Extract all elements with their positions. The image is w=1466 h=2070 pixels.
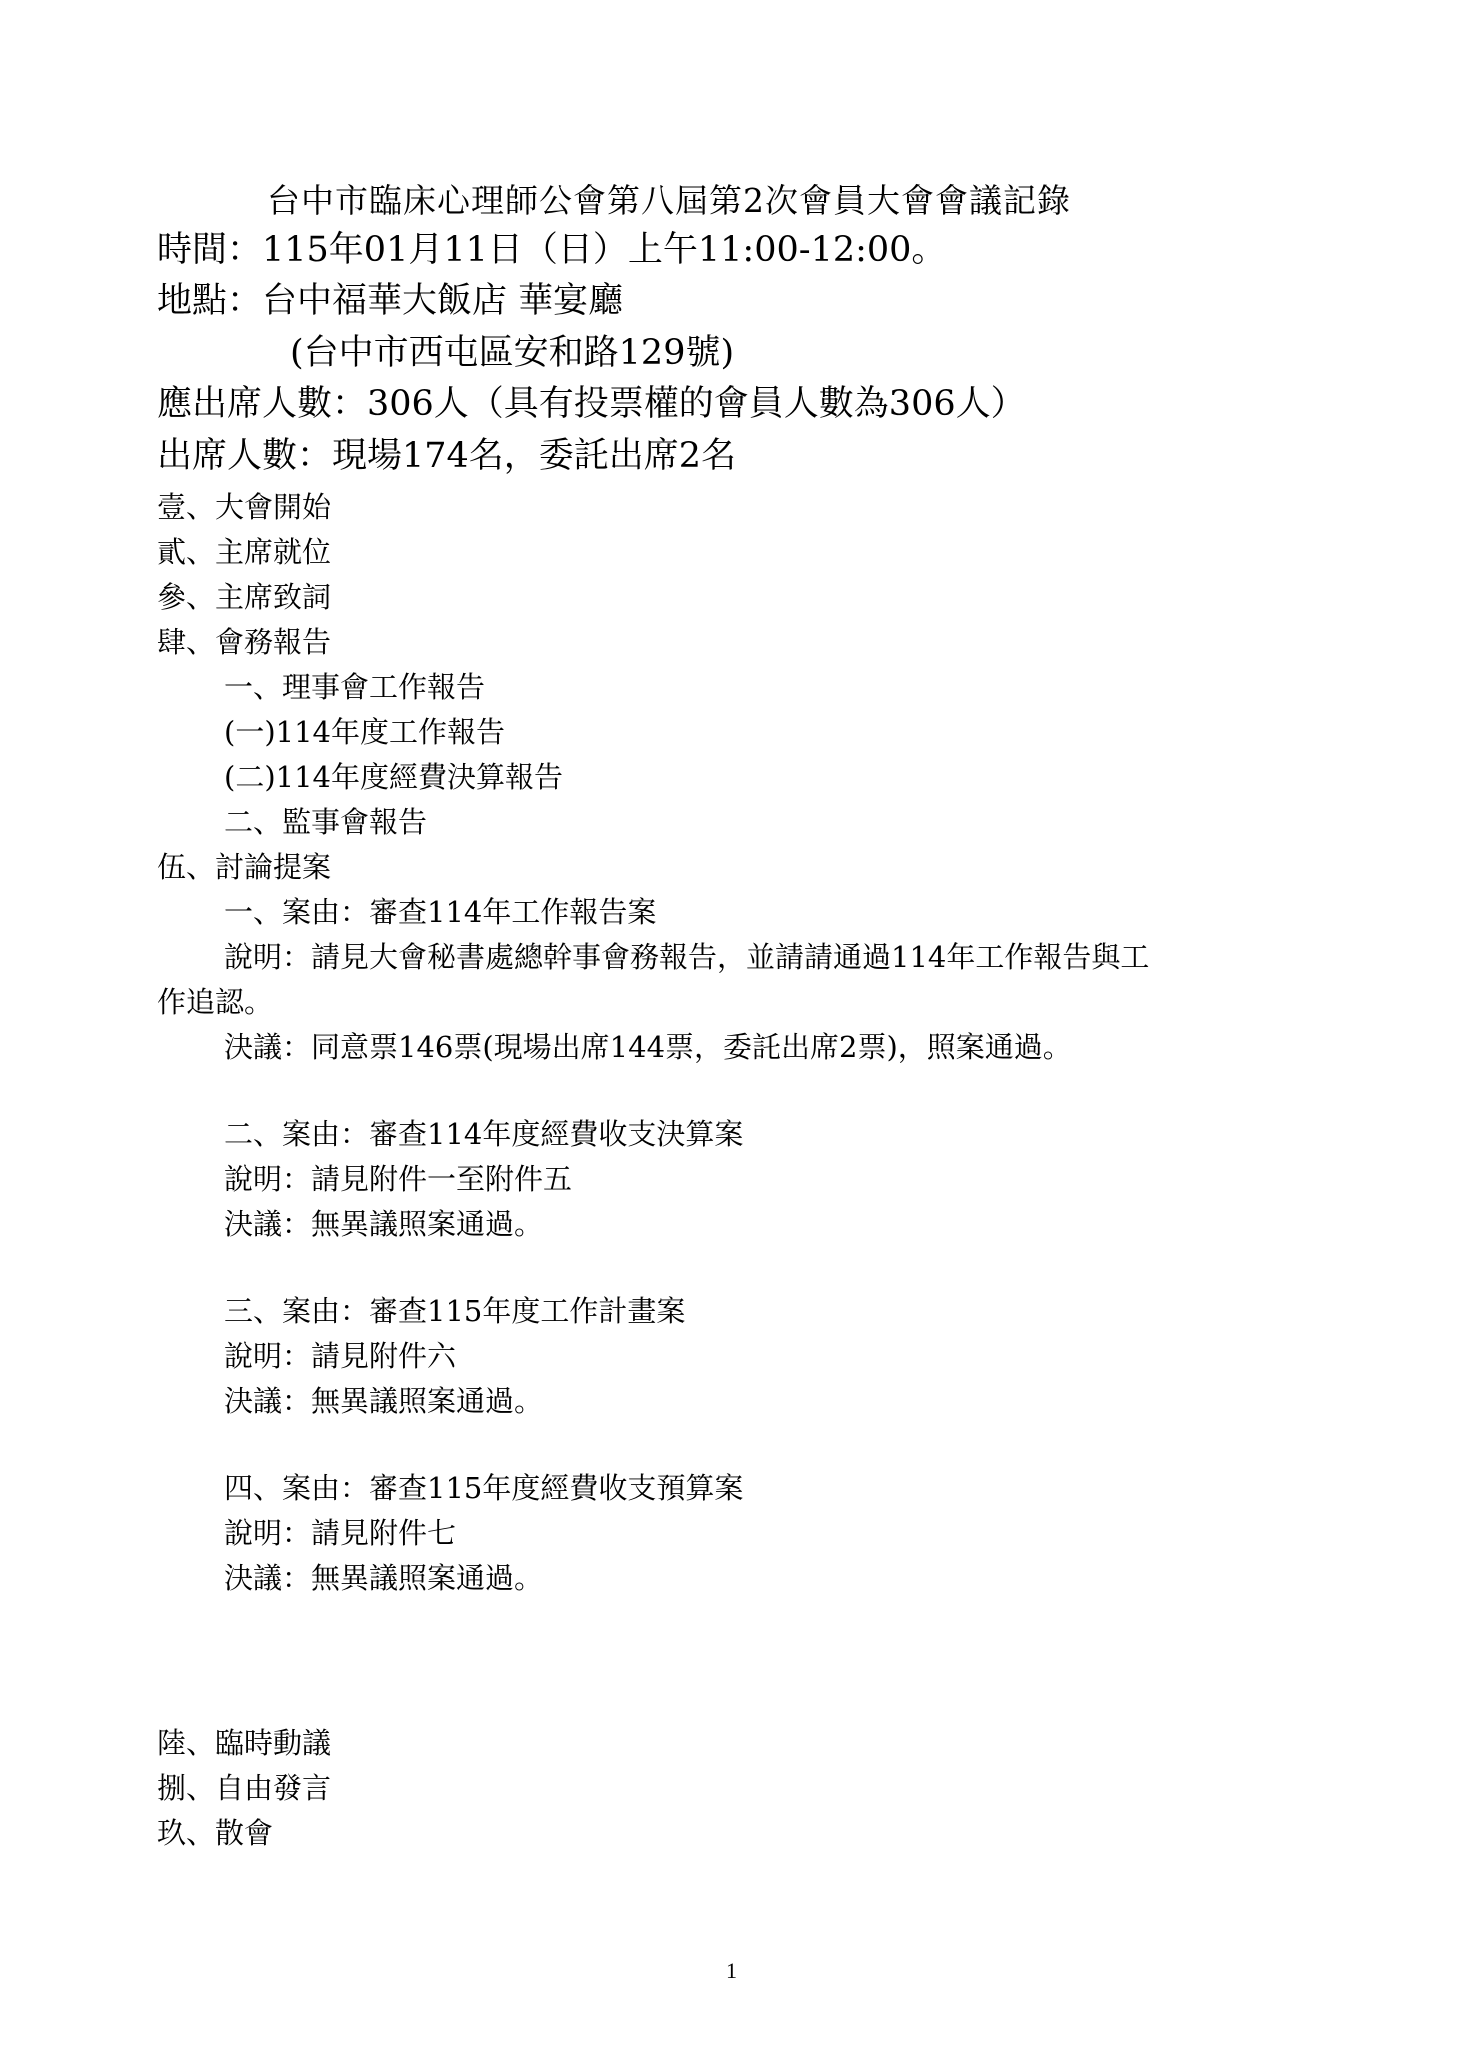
proposal-case: 三、案由：審查115年度工作計畫案 [224,1297,685,1326]
proposal-resolution: 決議：無異議照案通過。 [224,1210,543,1239]
meeting-location: 地點：台中福華大飯店 華宴廳 [157,284,623,319]
proposal-case: 四、案由：審查115年度經費收支預算案 [224,1474,743,1503]
agenda-subitem: 二、監事會報告 [224,808,427,837]
proposal-case: 二、案由：審查114年度經費收支決算案 [224,1120,743,1149]
agenda-subitem: 一、理事會工作報告 [224,673,485,702]
agenda-item: 肆、會務報告 [157,628,331,657]
agenda-item: 貳、主席就位 [157,538,331,567]
meeting-address: (台中市西屯區安和路129號) [290,336,734,371]
proposal-explanation: 說明：請見附件一至附件五 [224,1165,572,1194]
agenda-item: 參、主席致詞 [157,583,331,612]
proposal-resolution: 決議：無異議照案通過。 [224,1564,543,1593]
agenda-item: 伍、討論提案 [157,853,331,882]
expected-attendance: 應出席人數：306人（具有投票權的會員人數為306人） [157,387,1026,422]
page-number: 1 [726,1960,737,1982]
agenda-subitem: (一)114年度工作報告 [224,718,505,747]
proposal-explanation: 說明：請見附件六 [224,1342,456,1371]
proposal-explanation: 說明：請見附件七 [224,1519,456,1548]
proposal-explanation-cont: 作追認。 [157,988,273,1017]
document-title: 台中市臨床心理師公會第八屆第2次會員大會會議記錄 [267,184,1071,217]
proposal-resolution: 決議：無異議照案通過。 [224,1387,543,1416]
meeting-time: 時間：115年01月11日（日）上午11:00-12:00。 [157,233,946,268]
agenda-subitem: (二)114年度經費決算報告 [224,763,563,792]
actual-attendance: 出席人數：現場174名，委託出席2名 [157,439,736,474]
agenda-item: 壹、大會開始 [157,493,331,522]
proposal-resolution: 決議：同意票146票(現場出席144票，委託出席2票)，照案通過。 [224,1033,1072,1062]
proposal-case: 一、案由：審查114年工作報告案 [224,898,656,927]
proposal-explanation: 說明：請見大會秘書處總幹事會務報告，並請請通過114年工作報告與工 [224,943,1149,972]
closing-item: 玖、散會 [157,1819,273,1848]
closing-item: 捌、自由發言 [157,1774,331,1803]
closing-item: 陸、臨時動議 [157,1729,331,1758]
